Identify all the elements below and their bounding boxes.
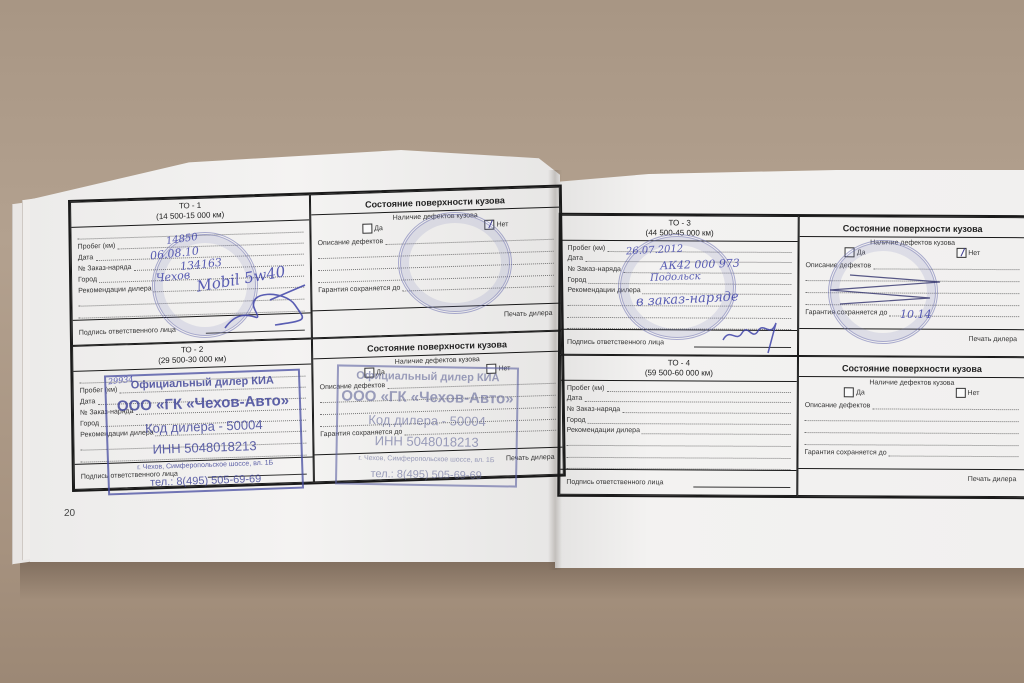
dotted-line bbox=[805, 433, 1019, 446]
defects-no-checkbox[interactable]: Нет bbox=[486, 363, 510, 374]
checkbox-icon bbox=[362, 223, 372, 233]
defects-no-checkbox[interactable]: Нет bbox=[956, 248, 980, 258]
checkbox-checked-icon bbox=[484, 220, 494, 230]
checkbox-icon bbox=[956, 388, 966, 398]
dealer-stamp-label: Печать дилера bbox=[798, 468, 1024, 496]
dotted-line bbox=[805, 409, 1019, 422]
checkbox-checked-icon bbox=[956, 248, 966, 258]
dotted-line bbox=[805, 421, 1019, 434]
body-condition-title: Состояние поверхности кузова bbox=[799, 357, 1024, 378]
defects-yes-checkbox[interactable]: Да bbox=[845, 247, 866, 257]
body-condition-to4: Состояние поверхности кузова Наличие деф… bbox=[797, 356, 1024, 497]
service-header: ТО - 4 (59 500-60 000 км) bbox=[561, 356, 797, 382]
checkbox-icon bbox=[486, 364, 496, 374]
body-condition-to2: Состояние поверхности кузова Наличие деф… bbox=[312, 331, 564, 483]
signature-scribble-to1 bbox=[215, 280, 325, 340]
warranty-field[interactable]: Гарантия сохраняется до bbox=[798, 445, 1024, 457]
defects-crossed-out-scribble bbox=[820, 260, 950, 310]
service-block-to4: ТО - 4 (59 500-60 000 км) Пробег (км) Да… bbox=[559, 355, 798, 496]
body-condition-to1: Состояние поверхности кузова Наличие деф… bbox=[310, 187, 562, 339]
checkbox-icon bbox=[845, 247, 855, 257]
service-header: ТО - 3 (44 500-45 000 км) bbox=[562, 216, 798, 242]
service-block-to2: ТО - 2 (29 500-30 000 км) Пробег (км) Да… bbox=[72, 338, 314, 490]
checkbox-icon bbox=[364, 367, 374, 377]
signature-scribble-to3 bbox=[718, 315, 788, 355]
service-grid-right: ТО - 3 (44 500-45 000 км) Пробег (км) Да… bbox=[557, 213, 1024, 499]
defects-yes-checkbox[interactable]: Да bbox=[844, 387, 865, 397]
service-range: (59 500-60 000 км) bbox=[561, 368, 797, 379]
checkbox-icon bbox=[844, 387, 854, 397]
page-number: 20 bbox=[64, 508, 75, 519]
dealer-stamp-label: Печать дилера bbox=[315, 447, 563, 482]
signature-row[interactable]: Подпись ответственного лица bbox=[560, 469, 796, 495]
defects-no-checkbox[interactable]: Нет bbox=[956, 388, 980, 398]
dealer-stamp-label: Печать дилера bbox=[799, 328, 1024, 356]
defects-no-checkbox[interactable]: Нет bbox=[484, 219, 508, 230]
body-condition-title: Состояние поверхности кузова bbox=[800, 217, 1024, 238]
defects-yes-checkbox[interactable]: Да bbox=[362, 223, 383, 234]
service-range: (44 500-45 000 км) bbox=[562, 228, 798, 239]
defects-yes-checkbox[interactable]: Да bbox=[364, 367, 385, 378]
